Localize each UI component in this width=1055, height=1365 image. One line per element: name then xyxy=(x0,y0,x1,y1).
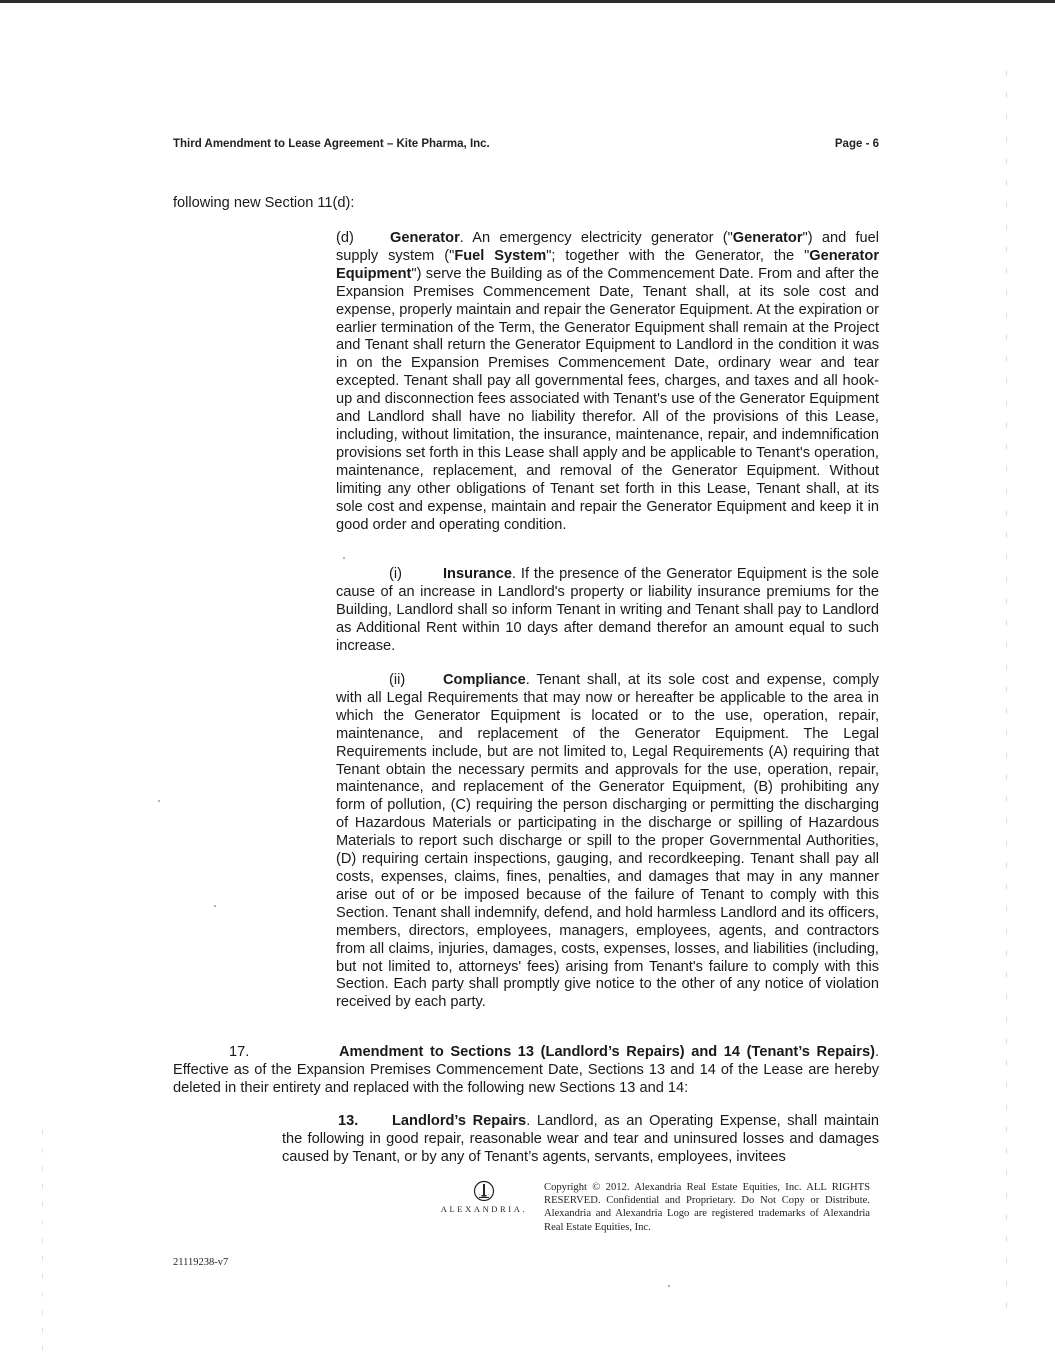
section-text: ") serve the Building as of the Commence… xyxy=(336,266,879,533)
section-text: . An emergency electricity generator (" xyxy=(460,230,733,246)
subsection-i-insurance: (i)Insurance. If the presence of the Gen… xyxy=(336,566,879,656)
copyright-notice: Copyright © 2012. Alexandria Real Estate… xyxy=(544,1181,870,1234)
subsection-heading: Insurance xyxy=(443,566,512,582)
defined-term: Generator xyxy=(733,230,803,246)
subsection-number: (ii) xyxy=(389,672,443,690)
section-number: 13. xyxy=(338,1113,392,1131)
section-heading: Landlord’s Repairs xyxy=(392,1113,526,1129)
subsection-text: . Tenant shall, at its sole cost and exp… xyxy=(336,672,879,1010)
intro-line: following new Section 11(d): xyxy=(173,195,879,213)
scan-speck xyxy=(158,800,160,802)
logo-wordmark: ALEXANDRIA. xyxy=(436,1204,532,1214)
scan-speck xyxy=(343,557,345,559)
document-id: 21119238-v7 xyxy=(173,1257,228,1268)
section-heading: Generator xyxy=(390,230,460,246)
scan-edge-artifact xyxy=(1006,70,1007,1310)
section-heading: Amendment to Sections 13 (Landlord’s Rep… xyxy=(339,1044,875,1060)
defined-term: Fuel System xyxy=(454,248,546,264)
subsection-heading: Compliance xyxy=(443,672,526,688)
page-number: Page - 6 xyxy=(835,138,879,150)
section-number: 17. xyxy=(229,1044,339,1062)
alexandria-logo: ALEXANDRIA. xyxy=(436,1180,532,1214)
subsection-ii-compliance: (ii)Compliance. Tenant shall, at its sol… xyxy=(336,672,879,1012)
alexandria-lighthouse-icon xyxy=(473,1180,495,1202)
section-11d-generator: (d)Generator. An emergency electricity g… xyxy=(336,230,879,534)
scan-edge-artifact xyxy=(42,1130,43,1360)
scan-speck xyxy=(214,905,216,907)
scan-top-border xyxy=(0,0,1055,3)
section-number: (d) xyxy=(336,230,390,248)
subsection-number: (i) xyxy=(389,566,443,584)
running-header: Third Amendment to Lease Agreement – Kit… xyxy=(173,138,879,150)
section-17-amendment: 17.Amendment to Sections 13 (Landlord’s … xyxy=(173,1044,879,1098)
section-13-landlords-repairs: 13.Landlord’s Repairs. Landlord, as an O… xyxy=(282,1113,879,1167)
section-text: "; together with the Generator, the " xyxy=(546,248,809,264)
scan-speck xyxy=(668,1285,670,1287)
document-title: Third Amendment to Lease Agreement – Kit… xyxy=(173,138,490,150)
